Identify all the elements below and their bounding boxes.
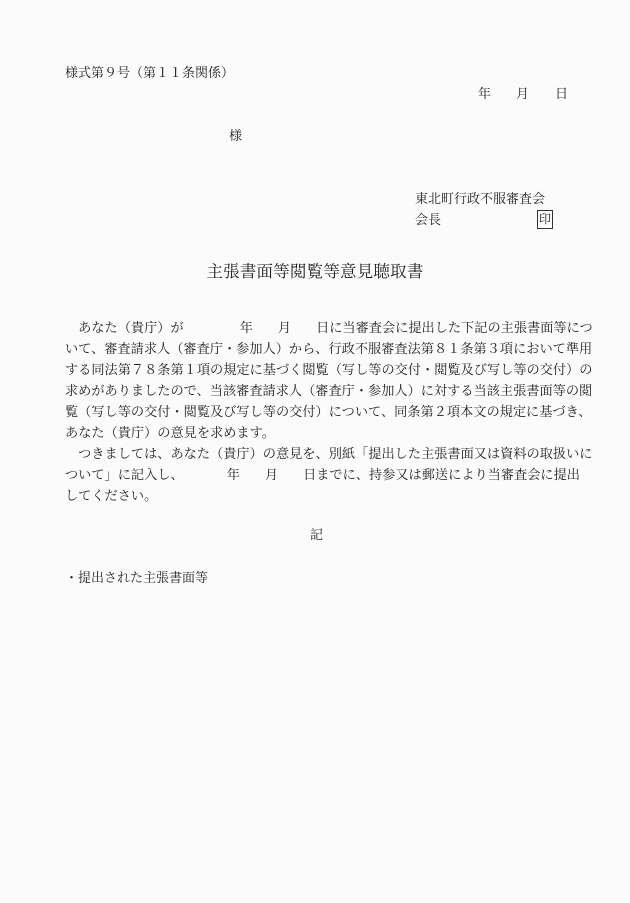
month-blank-label: 月 <box>265 468 278 483</box>
month-label: 月 <box>516 88 529 101</box>
body-line-1: あなた（貴庁）が年月日に当審査会に提出した下記の主張書面等につ <box>65 318 567 339</box>
record-heading: 記 <box>310 529 323 542</box>
body-text-segment: 日までに、持参又は郵送により当審査会に提出 <box>303 468 580 483</box>
year-blank-label: 年 <box>240 321 253 336</box>
issuer-organization: 東北町行政不服審査会 <box>415 193 545 206</box>
body-line-4: 求めがありましたので、当該審査請求人（審査庁・参加人）に対する当該主張書面等の閲 <box>65 381 567 402</box>
day-label: 日 <box>555 88 568 101</box>
body-line-7: つきましては、あなた（貴庁）の意見を、別紙「提出した主張書面又は資料の取扱いに <box>65 444 567 465</box>
body-paragraph: あなた（貴庁）が年月日に当審査会に提出した下記の主張書面等につ いて、審査請求人… <box>65 318 567 507</box>
addressee-suffix: 様 <box>229 130 242 143</box>
seal-stamp-icon: 印 <box>537 210 553 229</box>
issuer-title: 会長 <box>415 214 441 227</box>
submitted-documents-item: ・提出された主張書面等 <box>65 572 208 585</box>
month-blank-label: 月 <box>278 321 291 336</box>
document-title: 主張書面等閲覧等意見聴取書 <box>0 264 630 281</box>
body-line-8: ついて」に記入し、年月日までに、持参又は郵送により当審査会に提出 <box>65 465 567 486</box>
body-line-5: 覧（写し等の交付・閲覧及び写し等の交付）について、同条第２項本文の規定に基づき、 <box>65 402 567 423</box>
body-text-segment: あなた（貴庁）が <box>65 321 184 336</box>
body-line-9: してください。 <box>65 486 567 507</box>
year-label: 年 <box>478 88 491 101</box>
form-number: 様式第９号（第１１条関係） <box>65 67 234 80</box>
body-text-segment: ついて」に記入し、 <box>65 468 184 483</box>
body-text-segment: 日に当審査会に提出した下記の主張書面等につ <box>316 321 593 336</box>
body-line-6: あなた（貴庁）の意見を求めます。 <box>65 423 567 444</box>
issue-date: 年月日 <box>478 88 568 101</box>
year-blank-label: 年 <box>227 468 240 483</box>
body-line-2: いて、審査請求人（審査庁・参加人）から、行政不服審査法第８１条第３項において準用 <box>65 339 567 360</box>
body-line-3: する同法第７８条第１項の規定に基づく閲覧（写し等の交付・閲覧及び写し等の交付）の <box>65 360 567 381</box>
